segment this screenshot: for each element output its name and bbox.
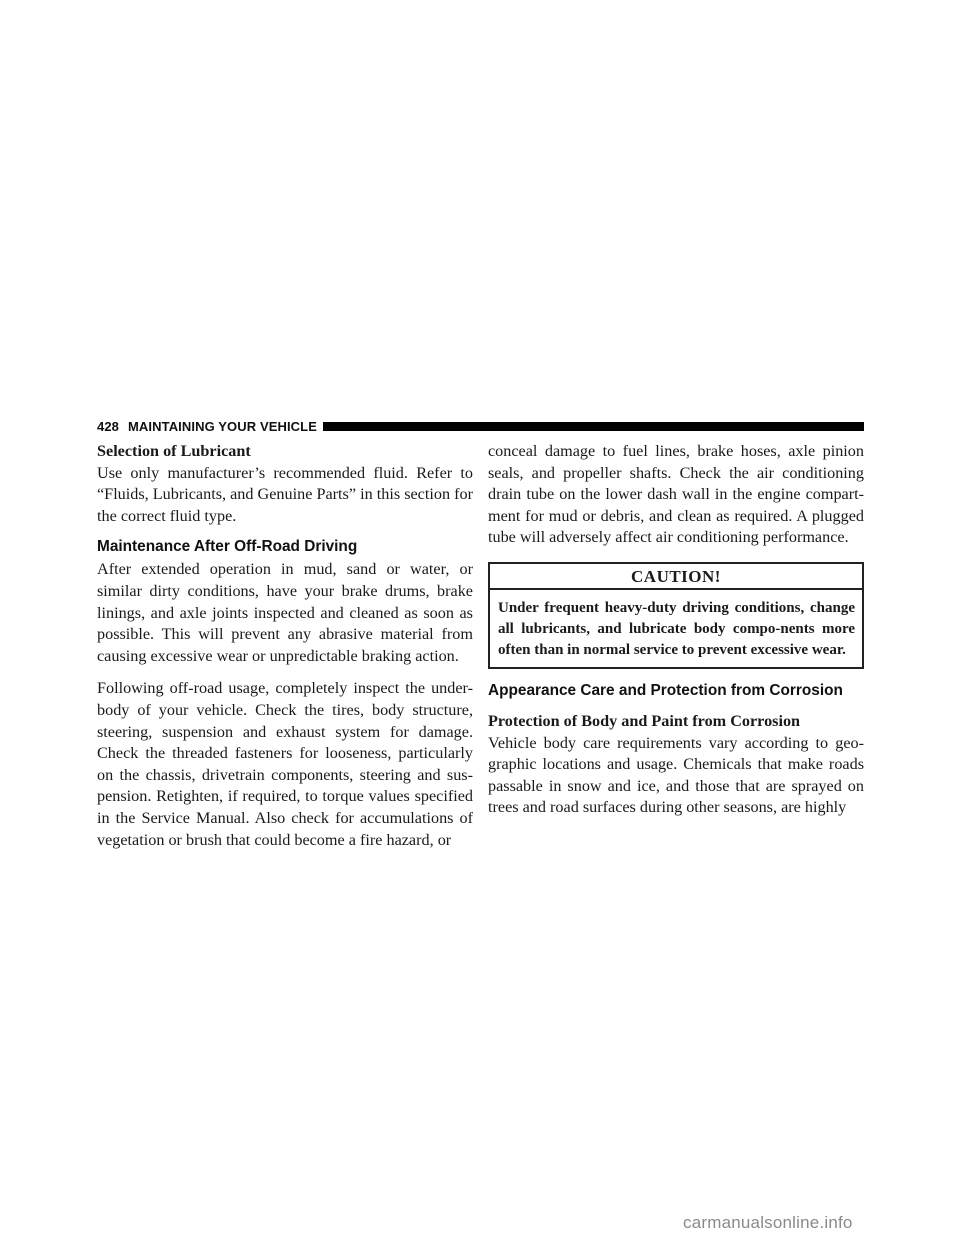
heading-selection-of-lubricant: Selection of Lubricant: [97, 441, 473, 463]
page-number: 428: [97, 419, 119, 434]
left-column: Selection of Lubricant Use only manufact…: [97, 441, 473, 851]
heading-appearance-care: Appearance Care and Protection from Corr…: [488, 681, 864, 701]
page-header: 428 MAINTAINING YOUR VEHICLE: [97, 417, 864, 435]
paragraph-lubricant: Use only manufacturer’s recommended flui…: [97, 463, 473, 528]
caution-body: Under frequent heavy-duty driving condit…: [490, 590, 862, 667]
heading-protection-of-body: Protection of Body and Paint from Corros…: [488, 711, 864, 733]
paragraph-offroad-2: Following off-road usage, completely ins…: [97, 678, 473, 851]
paragraph-protection: Vehicle body care requirements vary acco…: [488, 733, 864, 819]
caution-box: CAUTION! Under frequent heavy-duty drivi…: [488, 562, 864, 669]
paragraph-offroad-1: After extended operation in mud, sand or…: [97, 559, 473, 667]
caution-title: CAUTION!: [490, 564, 862, 590]
paragraph-continued: conceal damage to fuel lines, brake hose…: [488, 441, 864, 549]
section-title: MAINTAINING YOUR VEHICLE: [128, 419, 317, 434]
heading-maintenance-after-off-road: Maintenance After Off-Road Driving: [97, 537, 473, 557]
watermark: carmanualsonline.info: [683, 1213, 853, 1233]
header-rule-bar: [323, 422, 864, 431]
right-column: conceal damage to fuel lines, brake hose…: [488, 441, 864, 819]
